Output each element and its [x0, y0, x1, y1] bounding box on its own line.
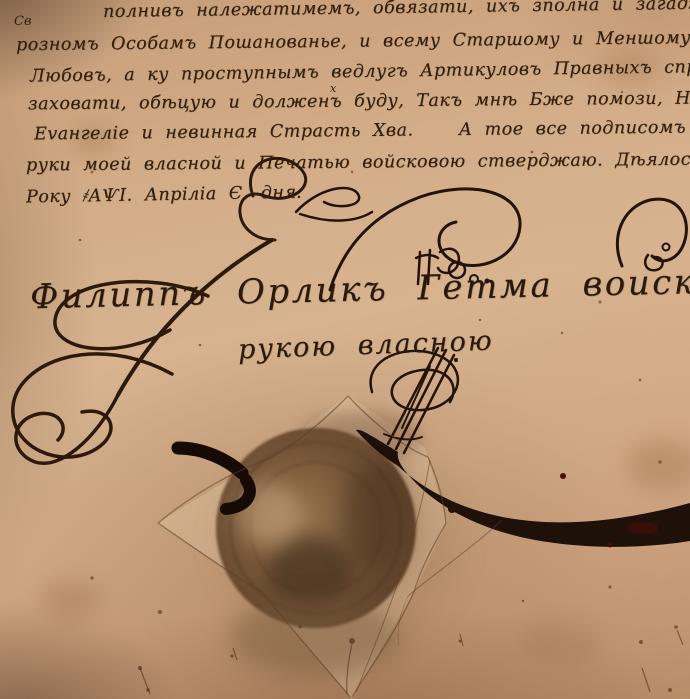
paper-fibers [140, 630, 683, 694]
right-flourish [617, 199, 686, 270]
text-line-right: А тое все подписомъ [459, 118, 686, 140]
paraph-knot [371, 348, 458, 453]
paper-crease [158, 396, 502, 697]
text-line-left: Еvангеліе и невинная Страсть Хва. [34, 120, 414, 144]
manuscript-photo: Св х полнивъ належатимемъ, обвязати, ихъ… [0, 0, 690, 699]
ink-blot [178, 430, 690, 548]
paper-speckles [79, 91, 678, 692]
margin-mark: Св [14, 14, 32, 29]
date-flourish [296, 188, 372, 221]
